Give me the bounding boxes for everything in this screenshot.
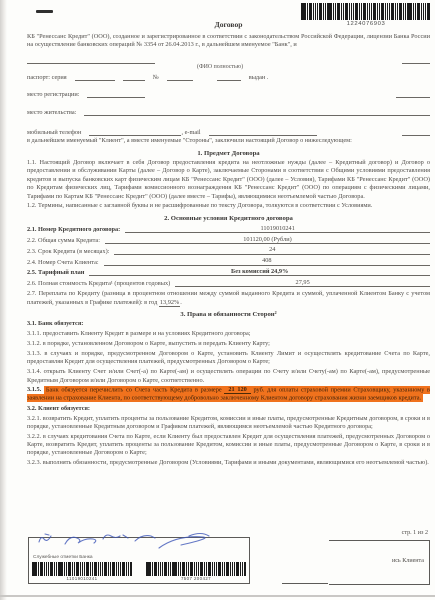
barcode-icon — [32, 562, 132, 576]
clause-2-7-end: . — [180, 299, 182, 306]
residence-line: место жительства: — [27, 108, 430, 116]
section3-heading: 3. Права и обязанности Сторон² — [27, 311, 430, 318]
contract-scan-page: 1224076903 Договор КБ "Ренессанс Кредит"… — [0, 0, 435, 600]
barcode-icon — [146, 562, 246, 576]
fio-blank — [27, 56, 155, 64]
tariff-plan-row: 2.5. Тарифный план Без комиссий 24,9% — [27, 268, 430, 276]
insurance-highlight: Банк обязуется перечислить со Счета част… — [27, 386, 430, 402]
credit-sum-value: 101120,00 (Рубли) — [105, 236, 430, 244]
client-obligations-heading: 3.2. Клиент обязуется: — [27, 405, 430, 413]
client-signature-box: ись Клиента — [329, 540, 430, 585]
clause-2-7-text: 2.7. Переплата по Кредиту (разница в про… — [27, 290, 430, 305]
client-signature-label: ись Клиента — [392, 558, 424, 564]
clause-3-1-3: 3.1.3. в случаях и порядке, предусмотрен… — [27, 350, 430, 367]
full-cost-value: 27,95 — [175, 279, 430, 287]
passport-line: паспорт: серия № выдан . — [27, 73, 430, 81]
fio-line — [27, 56, 430, 64]
clause-3-1-2: 3.1.2. в порядке, установленном Договоро… — [27, 340, 430, 348]
passport-no-label: № — [153, 74, 159, 81]
clause-1-2: 1.2. Термины, написанные с заглавной бук… — [27, 202, 430, 210]
registration-line: место регистрации: — [27, 90, 430, 98]
scan-line-artifact — [282, 583, 328, 584]
footer-barcode-2: 7507 200427 — [146, 562, 246, 582]
section1-heading: 1. Предмет Договора — [27, 150, 430, 157]
phone-blank — [89, 128, 181, 136]
passport-series-blank — [75, 73, 115, 81]
residence-blank — [84, 108, 430, 116]
passport-no-blank — [167, 73, 193, 81]
clause-3-2-1: 3.2.1. возвратить Кредит, уплатить проце… — [27, 415, 430, 432]
page-title: Договор — [27, 20, 430, 29]
insurance-text-before: Банк обязуется перечислить со Счета част… — [46, 386, 222, 393]
intro-paragraph: КБ "Ренессанс Кредит" (ООО), созданное и… — [27, 33, 430, 50]
contract-number-value: 11019010241 — [125, 225, 430, 233]
service-marks-label: Служебные отметки Банка — [33, 555, 93, 560]
clause-3-2-2: 3.2.2. в случаях кредитования Счета по К… — [27, 433, 430, 458]
clause-3-2-3: 3.2.3. выполнять обязанности, предусмотр… — [27, 459, 430, 467]
clause-3-1-5-highlighted: 3.1.5. Банк обязуется перечислить со Сче… — [27, 386, 430, 403]
overpayment-value: 13,92% — [159, 299, 180, 307]
scan-edge-left — [0, 0, 7, 600]
footer-barcode-1-number: 11019010241 — [32, 576, 132, 581]
footer-barcode-2-number: 7507 200427 — [146, 576, 246, 581]
full-cost-label: 2.6. Полная стоимость Кредита¹ (проценто… — [27, 280, 175, 287]
account-number-label: 2.4. Номер Счета Клиента: — [27, 259, 104, 266]
credit-term-row: 2.3. Срок Кредита (в месяцах): 24 — [27, 246, 430, 254]
fio-caption: (ФИО полностью) — [197, 64, 430, 70]
phone-label: мобильный телефон — [27, 129, 81, 136]
clause-3-1-4: 3.1.4. открыть Клиенту Счет и/или Счет(-… — [27, 368, 430, 385]
credit-sum-row: 2.2. Общая сумма Кредита: 101120,00 (Руб… — [27, 236, 430, 244]
insurance-amount: 21 120 — [224, 386, 250, 394]
credit-sum-label: 2.2. Общая сумма Кредита: — [27, 237, 105, 244]
email-label: , e-mail — [181, 129, 200, 136]
passport-issued-blank — [217, 73, 241, 81]
clause-3-1-5-number: 3.1.5. — [27, 386, 41, 393]
phone-line: мобильный телефон , e-mail — [27, 128, 430, 136]
page-number: стр. 1 из 2 — [402, 530, 428, 536]
handwritten-notes — [31, 526, 247, 556]
clause-3-1-1: 3.1.1. предоставить Клиенту Кредит в раз… — [27, 330, 430, 338]
contract-number-label: 2.1. Номер Кредитного договора: — [27, 226, 125, 233]
credit-term-label: 2.3. Срок Кредита (в месяцах): — [27, 248, 114, 255]
passport-series-label: паспорт: серия — [27, 74, 67, 81]
full-cost-row: 2.6. Полная стоимость Кредита¹ (проценто… — [27, 279, 430, 287]
registration-label: место регистрации: — [27, 91, 79, 98]
account-number-value: 408 — [104, 257, 430, 265]
registration-blank — [87, 90, 145, 98]
credit-term-value: 24 — [114, 246, 430, 254]
phone-blank-right — [402, 128, 430, 136]
passport-issued-label: выдан . — [249, 74, 269, 81]
clause-1-1: 1.1. Настоящий Договор включает в себя Д… — [27, 159, 430, 201]
bank-service-marks-box: Служебные отметки Банка 11019010241 7507… — [28, 537, 250, 584]
account-number-row: 2.4. Номер Счета Клиента: 408 — [27, 257, 430, 265]
residence-label: место жительства: — [27, 109, 76, 116]
clause-2-7: 2.7. Переплата по Кредиту (разница в про… — [27, 290, 430, 307]
contract-number-row: 2.1. Номер Кредитного договора: 11019010… — [27, 225, 430, 233]
fio-blank-right — [402, 56, 430, 64]
registration-blank-right — [396, 90, 430, 98]
tariff-plan-label: 2.5. Тарифный план — [27, 269, 89, 276]
client-definition-line: в дальнейшем именуемый "Клиент", а вмест… — [27, 137, 430, 145]
scan-edge-bottom — [0, 595, 435, 597]
section2-heading: 2. Основные условия Кредитного договора — [27, 215, 430, 222]
tariff-plan-value: Без комиссий 24,9% — [89, 268, 430, 276]
footer-barcode-1: 11019010241 — [32, 562, 132, 582]
email-blank — [209, 128, 317, 136]
bank-obligations-heading: 3.1. Банк обязуется: — [27, 320, 430, 328]
passport-series-blank2 — [123, 73, 145, 81]
